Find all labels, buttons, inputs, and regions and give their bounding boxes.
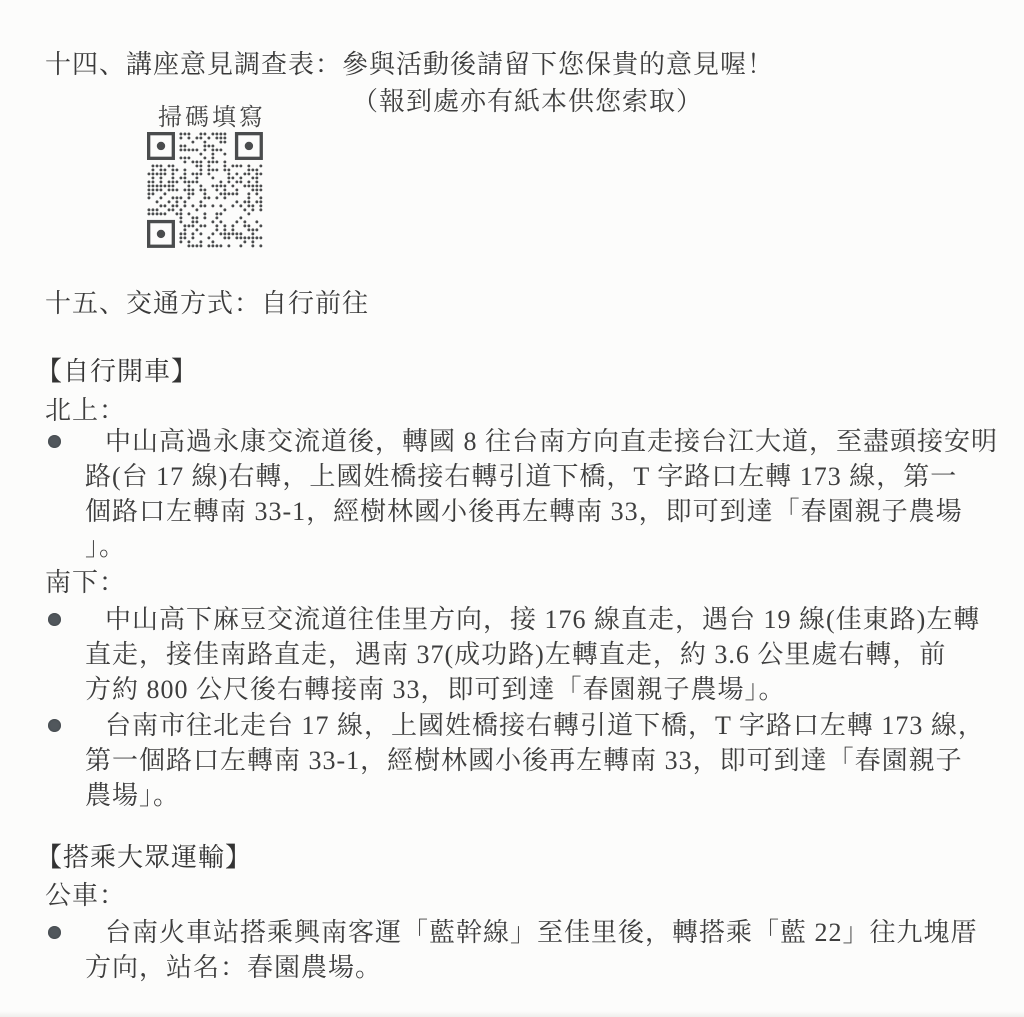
route-line: 台南火車站搭乘興南客運「藍幹線」至佳里後，轉搭乘「藍 22」往九塊厝 — [85, 915, 978, 950]
route-line: 台南市往北走台 17 線，上國姓橋接右轉引道下橋，T 字路口左轉 173 線， — [85, 708, 985, 743]
route-line: 個路口左轉南 33-1，經樹林國小後再左轉南 33，即可到達「春園親子農場 — [85, 494, 998, 529]
transit-section-header: 【搭乘大眾運輸】 — [36, 841, 252, 875]
bus-label: 公車： — [45, 879, 126, 913]
route-line: 方向，站名：春園農場。 — [85, 950, 978, 985]
southbound-label: 南下： — [45, 566, 126, 600]
section-15-heading: 十五、交通方式：自行前往 — [45, 287, 369, 321]
qr-code — [145, 132, 265, 248]
route-bullet-bus: 台南火車站搭乘興南客運「藍幹線」至佳里後，轉搭乘「藍 22」往九塊厝 方向，站名… — [85, 915, 978, 985]
northbound-label: 北上： — [45, 394, 126, 428]
route-line: 」。 — [85, 529, 998, 564]
route-bullet-southbound-1: 中山高下麻豆交流道往佳里方向，接 176 線直走，遇台 19 線(佳東路)左轉 … — [85, 602, 980, 707]
bullet-dot-icon — [48, 435, 61, 448]
route-bullet-northbound: 中山高過永康交流道後，轉國 8 往台南方向直走接台江大道，至盡頭接安明 路(台 … — [85, 424, 998, 564]
qr-pattern — [145, 132, 265, 248]
bullet-dot-icon — [48, 613, 61, 626]
scan-bottom-edge — [0, 1011, 1024, 1017]
route-line: 第一個路口左轉南 33-1，經樹林國小後再左轉南 33，即可到達「春園親子 — [85, 743, 985, 778]
bullet-dot-icon — [48, 926, 61, 939]
route-line: 路(台 17 線)右轉，上國姓橋接右轉引道下橋，T 字路口左轉 173 線，第一 — [85, 459, 998, 494]
scanned-document-page: 十四、講座意見調查表：參與活動後請留下您保貴的意見喔！ （報到處亦有紙本供您索取… — [0, 0, 1024, 1017]
driving-section-header: 【自行開車】 — [36, 355, 198, 389]
route-line: 農場」。 — [85, 778, 985, 813]
pickup-note: （報到處亦有紙本供您索取） — [352, 85, 703, 119]
route-line: 中山高過永康交流道後，轉國 8 往台南方向直走接台江大道，至盡頭接安明 — [85, 424, 998, 459]
route-line: 方約 800 公尺後右轉接南 33，即可到達「春園親子農場」。 — [85, 672, 980, 707]
qr-caption: 掃碼填寫 — [158, 101, 266, 135]
route-line: 直走，接佳南路直走，遇南 37(成功路)左轉直走，約 3.6 公里處右轉，前 — [85, 637, 980, 672]
section-14-heading: 十四、講座意見調查表：參與活動後請留下您保貴的意見喔！ — [45, 48, 774, 82]
bullet-dot-icon — [48, 719, 61, 732]
route-line: 中山高下麻豆交流道往佳里方向，接 176 線直走，遇台 19 線(佳東路)左轉 — [85, 602, 980, 637]
route-bullet-southbound-2: 台南市往北走台 17 線，上國姓橋接右轉引道下橋，T 字路口左轉 173 線， … — [85, 708, 985, 813]
